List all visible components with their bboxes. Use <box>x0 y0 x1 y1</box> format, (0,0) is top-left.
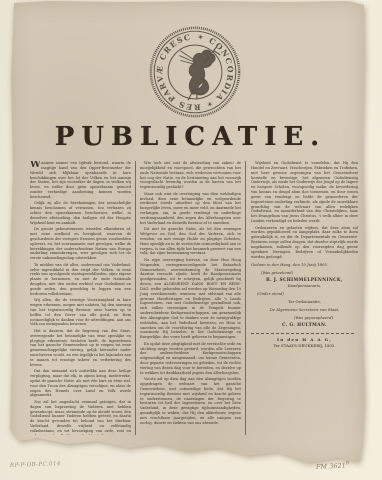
paragraph: Na rijpe overweging hiervan, en door Hun… <box>140 258 241 340</box>
text-column-2: Wie toch ziet niet de afwisseling van za… <box>135 161 245 435</box>
paragraph: Wij allen, die de eeuwige Voorzienigheid… <box>30 298 131 327</box>
colophon-under-note: (Onder stond) <box>257 292 358 296</box>
imprint-divider-rule <box>251 333 354 334</box>
paragraph: Dat dan niemand zich onttrekke aan deze … <box>30 369 131 398</box>
paragraph: Dit met de gansche Natie, als tot den ee… <box>140 227 241 256</box>
paragraph: Voorts zal op dien dag aan den Almagtige… <box>140 377 241 425</box>
paragraph: De groote gebeurtenissen wisselen elkand… <box>30 227 131 261</box>
paragraph: Zoo zal het nageslacht eenmaal getuigen,… <box>30 400 131 435</box>
paragraph: Maar ook wint de overtuiging van dien we… <box>140 192 241 226</box>
catalog-number-suffix: B <box>346 461 350 466</box>
paragraph: En opdat deze plegtigheid met de vereisc… <box>140 342 241 376</box>
paragraph: Wie toch ziet niet de afwisseling van za… <box>140 161 241 190</box>
signature-title: Raadpensionaris. <box>251 284 358 288</box>
paragraph: Wijsheid en Godsdienst te veredelen; dat… <box>251 161 358 224</box>
text-column-1: Wanneer immer een tijdvak bestond, waari… <box>30 161 135 435</box>
imprint-city: In den H A A G, <box>251 338 358 343</box>
scanned-broadside: ✶ CONCORDIA ✶ RES PARVÆ CRESCUNT PUBLICA… <box>0 0 382 480</box>
colophon: Gedaan in den Haag, den 10 Junij 1805. (… <box>251 263 358 328</box>
catalog-number-text: FM 3621 <box>316 461 346 471</box>
paragraph: Gelijk zij alle de berekeningen der mens… <box>30 201 131 225</box>
paragraph: Het is daarom, dat de Regering van den S… <box>30 329 131 368</box>
signature-hultman: C. G. HULTMAN. <box>251 324 358 328</box>
seal-lion-rampant <box>180 46 220 100</box>
imprint-printer: Ter STAATS-DRUKKERIJ, 1805. <box>251 344 358 349</box>
paragraph: Wanneer immer een tijdvak bestond, waari… <box>30 161 131 200</box>
paper-surface: ✶ CONCORDIA ✶ RES PARVÆ CRESCUNT PUBLICA… <box>8 0 366 468</box>
state-seal: ✶ CONCORDIA ✶ RES PARVÆ CRESCUNT <box>147 24 243 120</box>
pencil-catalog-number: FM 3621B <box>316 461 349 471</box>
paragraph: Ordonneren en gelasten wijders, dat deze… <box>251 226 358 260</box>
colophon-dateline: Gedaan in den Haag, den 10 Junij 1805. <box>251 263 358 267</box>
colophon-paraph-note: (Was geparapheerd) <box>251 316 358 320</box>
body-text-block: Wanneer immer een tijdvak bestond, waari… <box>30 161 358 435</box>
page-title: PUBLICATIE. <box>8 122 366 152</box>
colophon-ordonnance: Ter Ordonnantie, <box>251 300 358 304</box>
colophon-signed-note: (Was geteekend) <box>261 271 358 275</box>
paper-sheet: ✶ CONCORDIA ✶ RES PARVÆ CRESCUNT PUBLICA… <box>8 0 368 470</box>
colophon-secretary-title: De Algemeene Secretaris van Staat, <box>251 308 358 312</box>
text-column-3: Wijsheid en Godsdienst te veredelen; dat… <box>245 161 358 435</box>
paragraph: Te midden van dit alles, onderwond ons V… <box>30 263 131 297</box>
